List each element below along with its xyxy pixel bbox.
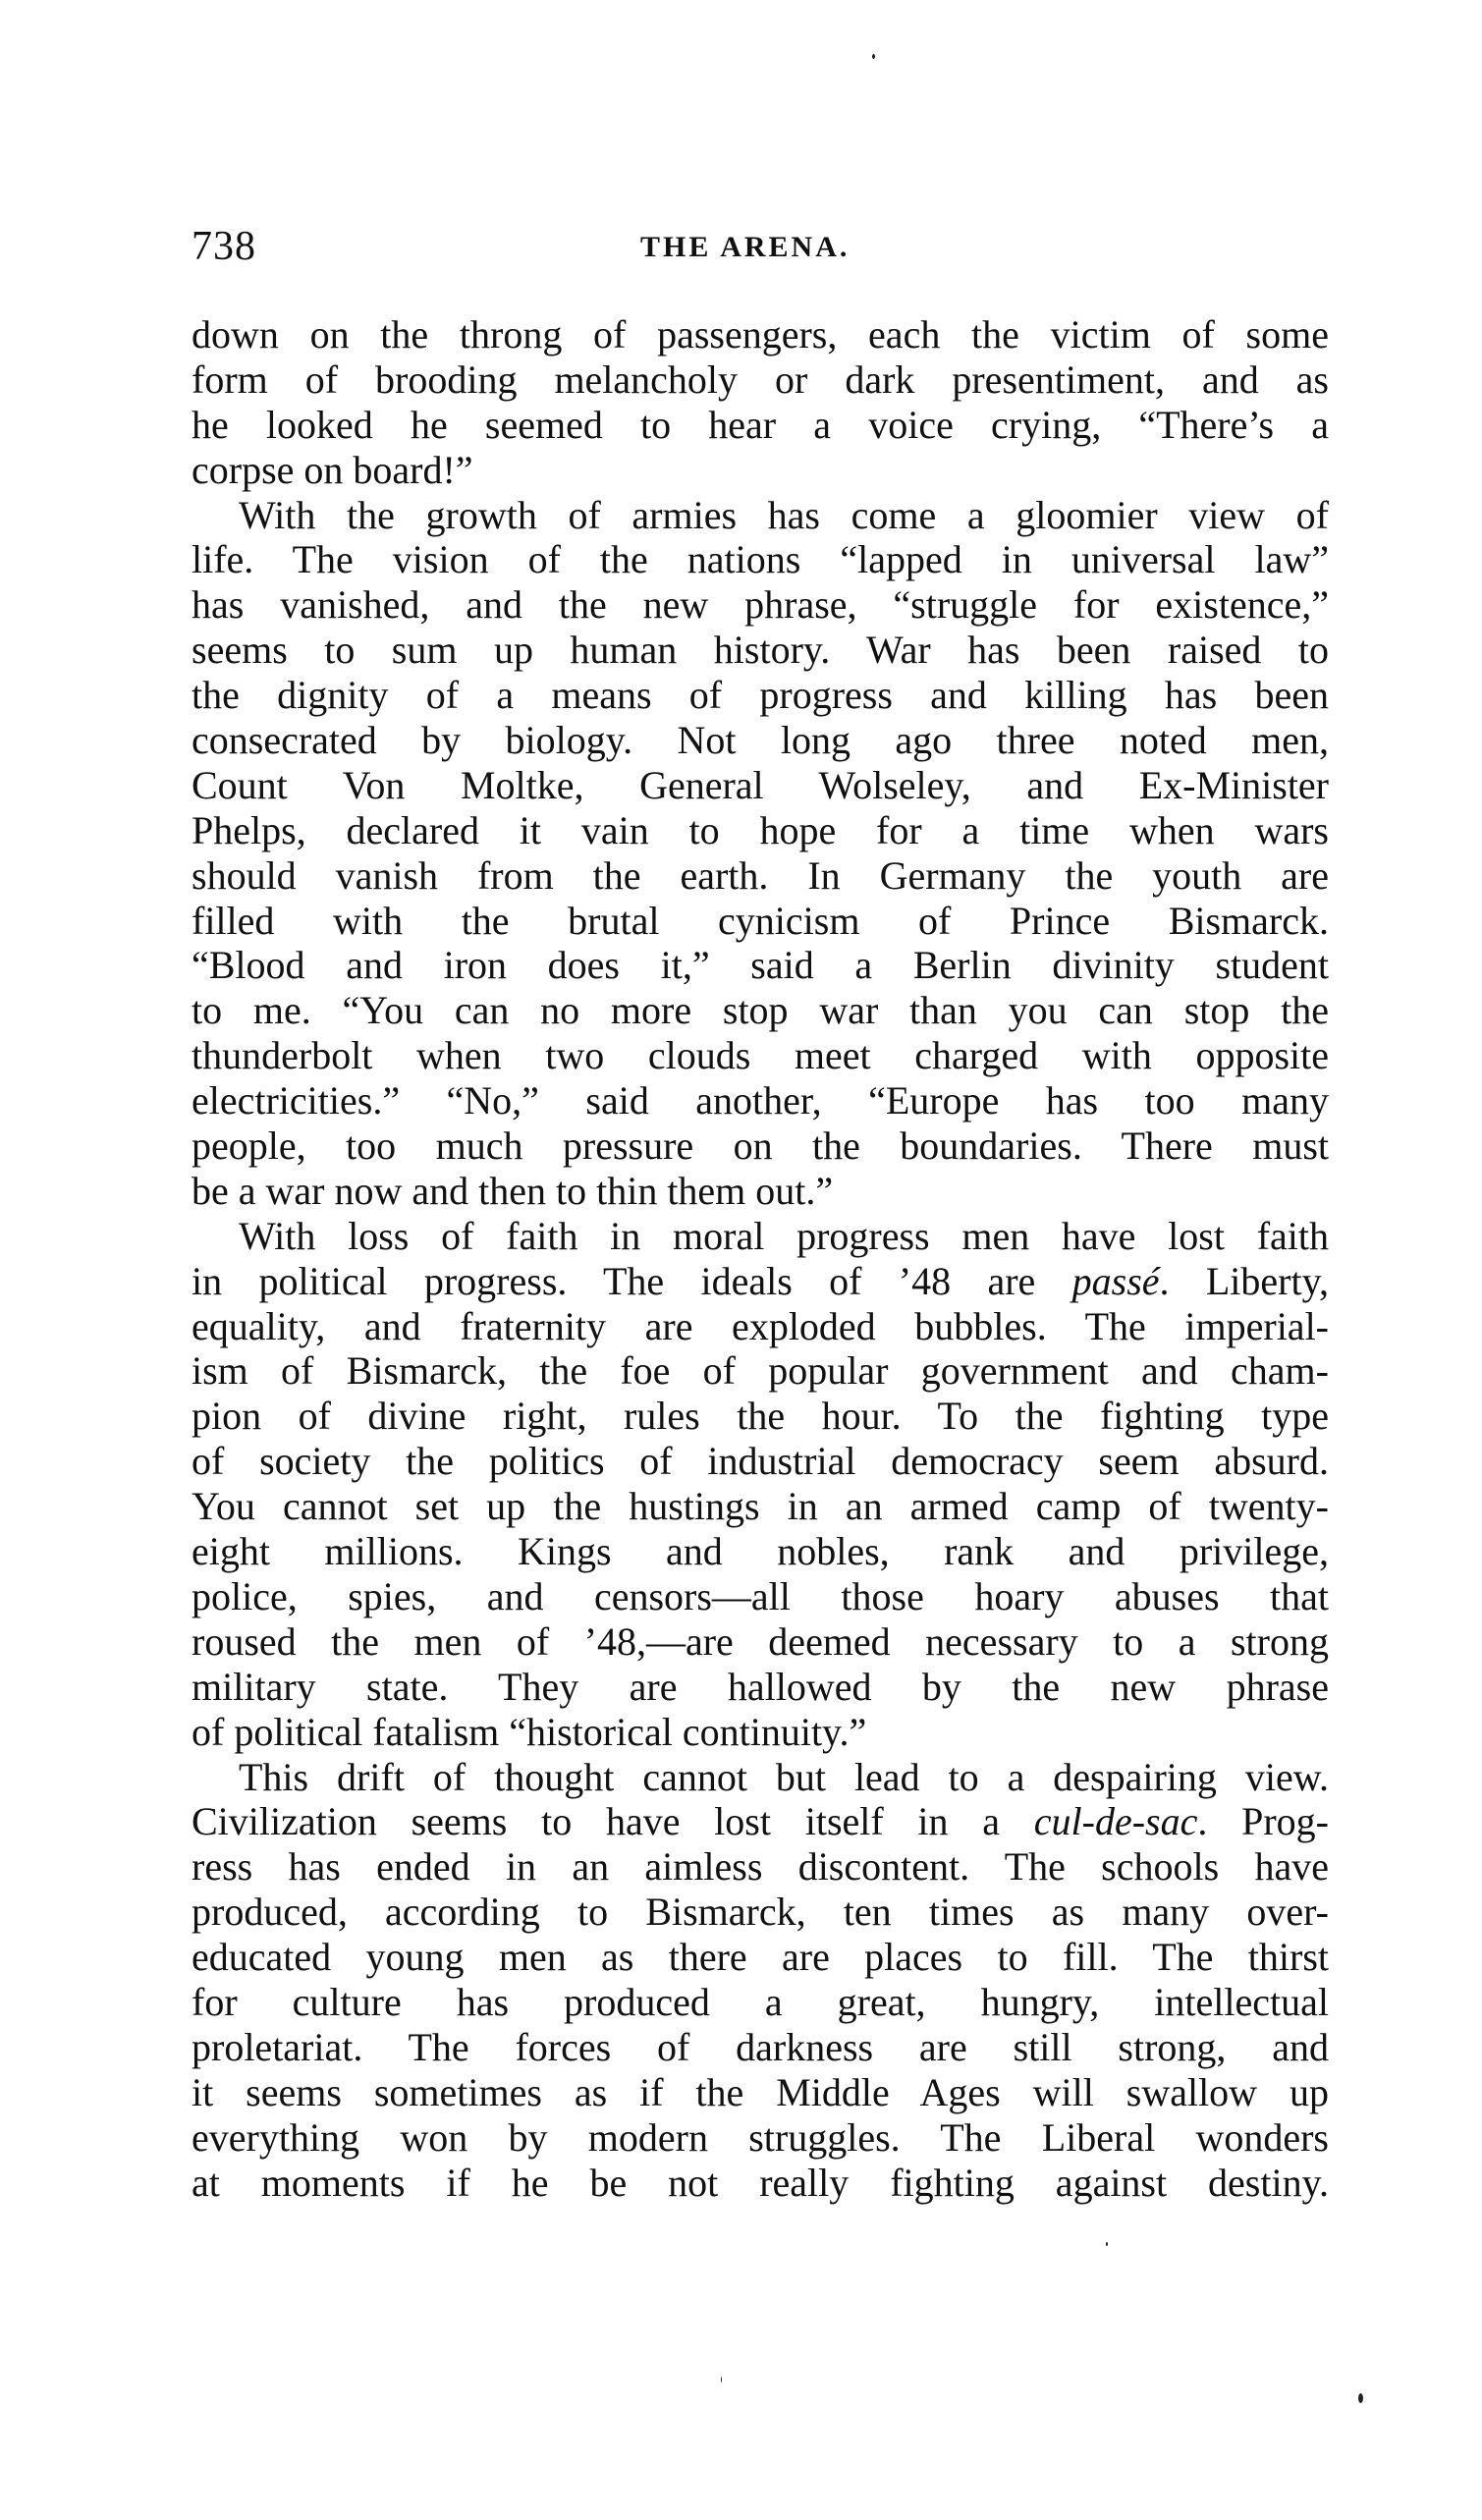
text-line: down on the throng of passengers, each t…: [192, 312, 1329, 357]
text-line: he looked he seemed to hear a voice cryi…: [192, 403, 1329, 448]
text-line: thunderbolt when two clouds meet charged…: [192, 1033, 1329, 1078]
journal-title: THE ARENA.: [640, 226, 850, 269]
text-line: ism of Bismarck, the foe of popular gove…: [192, 1348, 1329, 1394]
text-line: should vanish from the earth. In Germany…: [192, 853, 1329, 899]
scanned-page: 738 THE ARENA. down on the throng of pas…: [0, 0, 1482, 2520]
text-line: electricities.” “No,” said another, “Eur…: [192, 1078, 1329, 1123]
page-number: 738: [192, 222, 256, 271]
italic-phrase: cul-de-sac: [1034, 1799, 1198, 1843]
text-line: equality, and fraternity are exploded bu…: [192, 1304, 1329, 1349]
text-segment: . Prog-: [1197, 1799, 1329, 1843]
text-line: educated young men as there are places t…: [192, 1935, 1329, 1980]
text-line: With loss of faith in moral progress men…: [192, 1214, 1329, 1259]
scan-speck: [1358, 2393, 1363, 2403]
text-line: pion of divine right, rules the hour. To…: [192, 1394, 1329, 1439]
text-line: eight millions. Kings and nobles, rank a…: [192, 1529, 1329, 1574]
text-line: consecrated by biology. Not long ago thr…: [192, 718, 1329, 763]
text-line: at moments if he be not really fighting …: [192, 2161, 1329, 2206]
running-head: 738 THE ARENA.: [192, 222, 1331, 271]
text-line: filled with the brutal cynicism of Princ…: [192, 899, 1329, 944]
text-line: Civilization seems to have lost itself i…: [192, 1799, 1329, 1844]
body-text: down on the throng of passengers, each t…: [192, 312, 1329, 2205]
text-line: corpse on board!”: [192, 448, 1329, 493]
text-segment: . Liberty,: [1160, 1259, 1329, 1303]
text-line: the dignity of a means of progress and k…: [192, 673, 1329, 718]
text-line: proletariat. The forces of darkness are …: [192, 2025, 1329, 2070]
text-line: seems to sum up human history. War has b…: [192, 628, 1329, 673]
text-line: has vanished, and the new phrase, “strug…: [192, 582, 1329, 628]
text-line: it seems sometimes as if the Middle Ages…: [192, 2070, 1329, 2115]
text-line: produced, according to Bismarck, ten tim…: [192, 1890, 1329, 1935]
text-line: life. The vision of the nations “lapped …: [192, 537, 1329, 582]
text-line: everything won by modern struggles. The …: [192, 2115, 1329, 2161]
text-line: ress has ended in an aimless discontent.…: [192, 1844, 1329, 1890]
text-line: roused the men of ’48,—are deemed necess…: [192, 1619, 1329, 1665]
text-line: This drift of thought cannot but lead to…: [192, 1755, 1329, 1800]
text-line: military state. They are hallowed by the…: [192, 1665, 1329, 1710]
text-line: to me. “You can no more stop war than yo…: [192, 988, 1329, 1033]
text-line: police, spies, and censors—all those hoa…: [192, 1574, 1329, 1619]
scan-speck: [1106, 2242, 1108, 2246]
text-segment: in political progress. The ideals of ’48…: [192, 1259, 1072, 1303]
text-line: of political fatalism “historical contin…: [192, 1710, 1329, 1755]
text-line: Phelps, declared it vain to hope for a t…: [192, 808, 1329, 853]
italic-phrase: passé: [1072, 1259, 1160, 1303]
scan-speck: [872, 54, 875, 59]
text-line: people, too much pressure on the boundar…: [192, 1123, 1329, 1169]
text-line: form of brooding melancholy or dark pres…: [192, 357, 1329, 403]
text-line: for culture has produced a great, hungry…: [192, 1980, 1329, 2025]
text-segment: Civilization seems to have lost itself i…: [192, 1799, 1034, 1843]
scan-speck: [721, 2377, 722, 2383]
text-line: You cannot set up the hustings in an arm…: [192, 1484, 1329, 1529]
text-line: Count Von Moltke, General Wolseley, and …: [192, 763, 1329, 808]
text-line: be a war now and then to thin them out.”: [192, 1169, 1329, 1214]
text-line: With the growth of armies has come a glo…: [192, 493, 1329, 538]
text-line: “Blood and iron does it,” said a Berlin …: [192, 943, 1329, 988]
text-line: in political progress. The ideals of ’48…: [192, 1259, 1329, 1304]
text-line: of society the politics of industrial de…: [192, 1439, 1329, 1484]
